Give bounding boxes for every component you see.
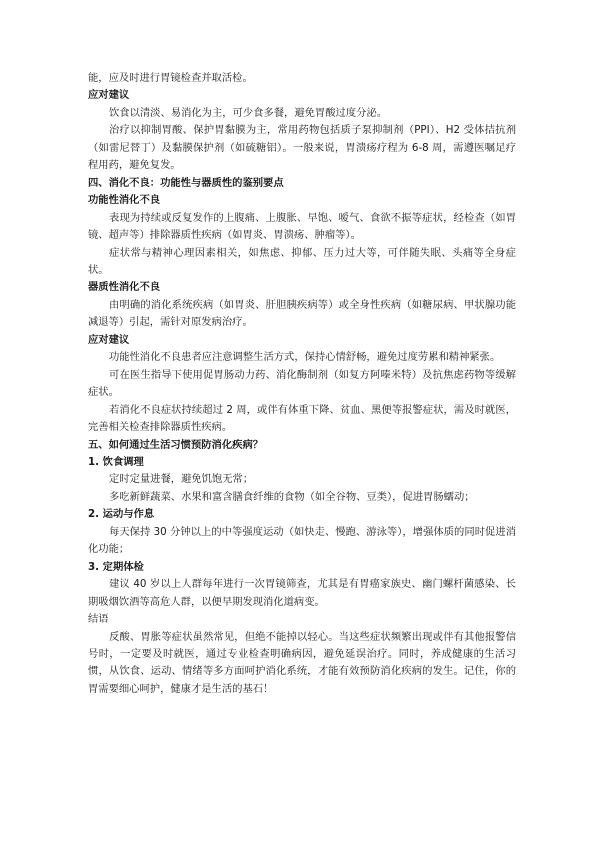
subheading-exercise: 2. 运动与作息 — [88, 506, 516, 523]
subheading-checkup: 3. 定期体检 — [88, 559, 516, 576]
section-heading-4: 四、消化不良：功能性与器质性的鉴别要点 — [88, 175, 516, 192]
subheading-advice: 应对建议 — [88, 332, 516, 349]
subheading-organic-dyspepsia: 器质性消化不良 — [88, 279, 516, 296]
paragraph: 多吃新鲜蔬菜、水果和富含膳食纤维的食物（如全谷物、豆类），促进胃肠蠕动； — [88, 489, 516, 506]
paragraph: 每天保持 30 分钟以上的中等强度运动（如快走、慢跑、游泳等），增强体质的同时促… — [88, 524, 516, 559]
conclusion-paragraph: 反酸、胃胀等症状虽然常见，但绝不能掉以轻心。当这些症状频繁出现或伴有其他报警信号… — [88, 629, 516, 699]
paragraph: 定时定量进餐，避免饥饱无常； — [88, 471, 516, 488]
subheading-advice: 应对建议 — [88, 87, 516, 104]
paragraph: 饮食以清淡、易消化为主，可少食多餐，避免胃酸过度分泌。 — [88, 105, 516, 122]
paragraph: 表现为持续或反复发作的上腹痛、上腹胀、早饱、嗳气、食欲不振等症状，经检查（如胃镜… — [88, 210, 516, 245]
paragraph: 若消化不良症状持续超过 2 周，或伴有体重下降、贫血、黑便等报警症状，需及时就医… — [88, 402, 516, 437]
section-heading-5: 五、如何通过生活习惯预防消化疾病？ — [88, 437, 516, 454]
paragraph: 可在医生指导下使用促胃肠动力药、消化酶制剂（如复方阿嗪米特）及抗焦虑药物等缓解症… — [88, 367, 516, 402]
paragraph: 由明确的消化系统疾病（如胃炎、肝胆胰疾病等）或全身性疾病（如糖尿病、甲状腺功能减… — [88, 297, 516, 332]
paragraph: 功能性消化不良患者应注意调整生活方式，保持心情舒畅，避免过度劳累和精神紧张。 — [88, 349, 516, 366]
paragraph-continuation: 能，应及时进行胃镜检查并取活检。 — [88, 70, 516, 87]
subheading-diet: 1. 饮食调理 — [88, 454, 516, 471]
paragraph: 症状常与精神心理因素相关，如焦虑、抑郁、压力过大等，可伴随失眠、头痛等全身症状。 — [88, 245, 516, 280]
conclusion-heading: 结语 — [88, 611, 516, 628]
document-page: 能，应及时进行胃镜检查并取活检。 应对建议 饮食以清淡、易消化为主，可少食多餐，… — [88, 70, 516, 698]
paragraph: 建议 40 岁以上人群每年进行一次胃镜筛查，尤其是有胃癌家族史、幽门螺杆菌感染、… — [88, 576, 516, 611]
paragraph: 治疗以抑制胃酸、保护胃黏膜为主，常用药物包括质子泵抑制剂（PPI）、H2 受体拮… — [88, 122, 516, 174]
subheading-functional-dyspepsia: 功能性消化不良 — [88, 192, 516, 209]
